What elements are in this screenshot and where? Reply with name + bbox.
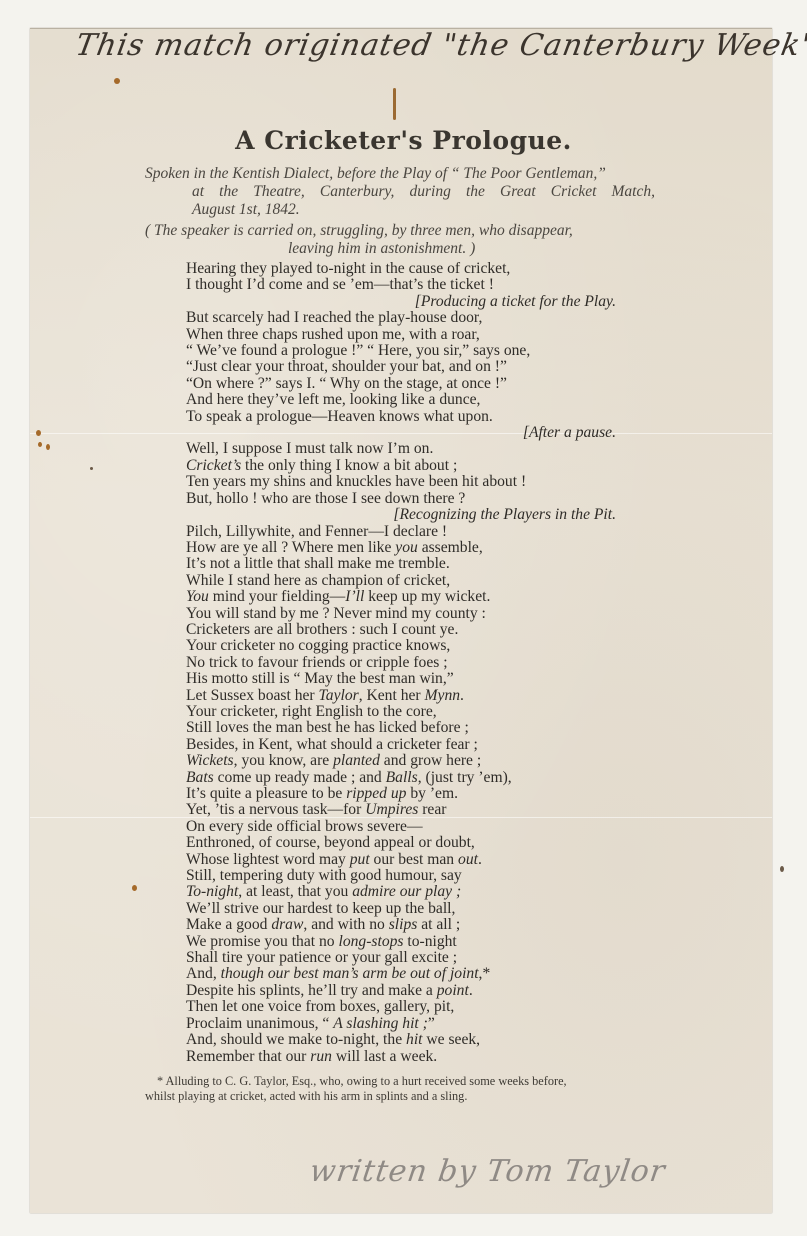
- italic-text: put: [350, 851, 370, 868]
- footnote: * Alluding to C. G. Taylor, Esq., who, o…: [145, 1074, 655, 1104]
- italic-text: point: [437, 982, 469, 999]
- ink-stain: [90, 467, 93, 470]
- handwritten-signature: written by Tom Taylor: [308, 1154, 668, 1189]
- text: Shall tire your patience or your gall ex…: [186, 949, 457, 966]
- opening-stage-direction: ( The speaker is carried on, struggling,…: [145, 222, 655, 258]
- italic-text: slips: [389, 916, 418, 933]
- text: Proclaim unanimous, “: [186, 1015, 333, 1032]
- text: Remember that our: [186, 1048, 310, 1065]
- poem-line: Enthroned, of course, beyond appeal or d…: [186, 835, 616, 851]
- subtitle-line: August 1st, 1842.: [145, 201, 655, 219]
- text: Pilch, Lillywhite, and Fenner—I declare …: [186, 523, 447, 540]
- text: “On where ?” says I. “ Why on the stage,…: [186, 375, 507, 392]
- poem-line: And here they’ve left me, looking like a…: [186, 392, 616, 408]
- poem-line: Hearing they played to-night in the caus…: [186, 261, 616, 277]
- italic-text: admire our play ;: [352, 883, 461, 900]
- text: It’s quite a pleasure to be: [186, 785, 346, 802]
- text: keep up my wicket.: [364, 588, 490, 605]
- poem-line: Pilch, Lillywhite, and Fenner—I declare …: [186, 524, 616, 540]
- text: Let Sussex boast her: [186, 687, 319, 704]
- poem-line: Wickets, you know, are planted and grow …: [186, 753, 616, 769]
- text: Still, tempering duty with good humour, …: [186, 867, 462, 884]
- pencil-mark: [393, 88, 396, 120]
- italic-text: planted: [333, 752, 380, 769]
- handwritten-note: This match originated "the Canterbury We…: [73, 28, 779, 63]
- poem-line: But scarcely had I reached the play-hous…: [186, 310, 616, 326]
- stage-direction-line: leaving him in astonishment. ): [145, 240, 655, 258]
- text: Then let one voice from boxes, gallery, …: [186, 998, 454, 1015]
- italic-text: Taylor: [319, 687, 359, 704]
- poem-line: You mind your fielding—I’ll keep up my w…: [186, 589, 616, 605]
- poem-line: We promise you that no long-stops to-nig…: [186, 934, 616, 950]
- text: No trick to favour friends or cripple fo…: [186, 654, 448, 671]
- poem-line: Whose lightest word may put our best man…: [186, 852, 616, 868]
- poem-line: His motto still is “ May the best man wi…: [186, 671, 616, 687]
- subtitle: Spoken in the Kentish Dialect, before th…: [145, 165, 655, 219]
- italic-text: Mynn: [425, 687, 461, 704]
- poem-line: Cricketers are all brothers : such I cou…: [186, 622, 616, 638]
- poem-line: We’ll strive our hardest to keep up the …: [186, 901, 616, 917]
- italic-text: though our best man’s arm be out of join…: [221, 965, 479, 982]
- text: Besides, in Kent, what should a crickete…: [186, 736, 478, 753]
- poem-line: To-night, at least, that you admire our …: [186, 884, 616, 900]
- text: Yet, ’tis a nervous task—for: [186, 801, 365, 818]
- text: , at least, that you: [238, 883, 352, 900]
- poem-line: Then let one voice from boxes, gallery, …: [186, 999, 616, 1015]
- poem-line: “ We’ve found a prologue !” “ Here, you …: [186, 343, 616, 359]
- poem-line: You will stand by me ? Never mind my cou…: [186, 606, 616, 622]
- ink-stain: [46, 444, 50, 450]
- poem-line: Still loves the man best he has licked b…: [186, 720, 616, 736]
- text: We promise you that no: [186, 933, 339, 950]
- text: To speak a prologue—Heaven knows what up…: [186, 408, 493, 425]
- ink-stain: [780, 866, 784, 872]
- text: come up ready made ; and: [214, 769, 386, 786]
- italic-text: I’ll: [345, 588, 364, 605]
- poem-line: And, should we make to-night, the hit we…: [186, 1032, 616, 1048]
- text: When three chaps rushed upon me, with a …: [186, 326, 480, 343]
- italic-text: hit: [406, 1031, 422, 1048]
- poem-line: To speak a prologue—Heaven knows what up…: [186, 409, 616, 425]
- italic-text: ripped up: [346, 785, 406, 802]
- italic-text: Bats: [186, 769, 214, 786]
- text: Your cricketer no cogging practice knows…: [186, 637, 450, 654]
- text: Enthroned, of course, beyond appeal or d…: [186, 834, 475, 851]
- poem-line: Cricket’s the only thing I know a bit ab…: [186, 458, 616, 474]
- poem-line: Still, tempering duty with good humour, …: [186, 868, 616, 884]
- text: will last a week.: [332, 1048, 437, 1065]
- poem-line: Well, I suppose I must talk now I’m on.: [186, 441, 616, 457]
- italic-text: Cricket’s: [186, 457, 241, 474]
- text: It’s not a little that shall make me tre…: [186, 555, 450, 572]
- text: “ We’ve found a prologue !” “ Here, you …: [186, 342, 530, 359]
- text: Despite his splints, he’ll try and make …: [186, 982, 437, 999]
- poem-line: How are ye all ? Where men like you asse…: [186, 540, 616, 556]
- poem-line: It’s not a little that shall make me tre…: [186, 556, 616, 572]
- text: at all ;: [417, 916, 460, 933]
- text: .: [478, 851, 482, 868]
- poem-line: No trick to favour friends or cripple fo…: [186, 655, 616, 671]
- text: But, hollo ! who are those I see down th…: [186, 490, 465, 507]
- poem-line: Shall tire your patience or your gall ex…: [186, 950, 616, 966]
- italic-text: you: [395, 539, 418, 556]
- italic-text: Balls: [386, 769, 418, 786]
- subtitle-line: Spoken in the Kentish Dialect, before th…: [145, 165, 655, 183]
- text: .: [460, 687, 464, 704]
- poem-line: Proclaim unanimous, “ A slashing hit ;”: [186, 1016, 616, 1032]
- text: But scarcely had I reached the play-hous…: [186, 309, 482, 326]
- text: mind your fielding—: [209, 588, 345, 605]
- poem-line: But, hollo ! who are those I see down th…: [186, 491, 616, 507]
- stage-direction: [Recognizing the Players in the Pit.: [186, 507, 616, 523]
- poem-line: “Just clear your throat, shoulder your b…: [186, 359, 616, 375]
- text: [After a pause.: [523, 424, 616, 441]
- stage-direction-line: ( The speaker is carried on, struggling,…: [145, 222, 655, 240]
- italic-text: To-night: [186, 883, 238, 900]
- stage-direction: [After a pause.: [186, 425, 616, 441]
- text: We’ll strive our hardest to keep up the …: [186, 900, 455, 917]
- text: ,*: [479, 965, 491, 982]
- text: And,: [186, 965, 221, 982]
- text: , Kent her: [359, 687, 425, 704]
- text: we seek,: [422, 1031, 480, 1048]
- text: How are ye all ? Where men like: [186, 539, 395, 556]
- text: Make a good: [186, 916, 271, 933]
- text: While I stand here as champion of cricke…: [186, 572, 450, 589]
- text: , you know, are: [234, 752, 333, 769]
- poem-line: While I stand here as champion of cricke…: [186, 573, 616, 589]
- text: And, should we make to-night, the: [186, 1031, 406, 1048]
- text: ”: [428, 1015, 435, 1032]
- text: the only thing I know a bit about ;: [241, 457, 457, 474]
- text: our best man: [370, 851, 458, 868]
- text: His motto still is “ May the best man wi…: [186, 670, 454, 687]
- text: rear: [418, 801, 446, 818]
- text: On every side official brows severe—: [186, 818, 423, 835]
- poem-line: When three chaps rushed upon me, with a …: [186, 327, 616, 343]
- text: And here they’ve left me, looking like a…: [186, 391, 480, 408]
- text: to-night: [403, 933, 456, 950]
- poem-line: It’s quite a pleasure to be ripped up by…: [186, 786, 616, 802]
- text: assemble,: [418, 539, 483, 556]
- poem-line: Your cricketer, right English to the cor…: [186, 704, 616, 720]
- ink-stain: [114, 78, 120, 84]
- stage-direction: [Producing a ticket for the Play.: [186, 294, 616, 310]
- page-title: A Cricketer's Prologue.: [0, 126, 807, 155]
- text: Your cricketer, right English to the cor…: [186, 703, 437, 720]
- footnote-line: * Alluding to C. G. Taylor, Esq., who, o…: [145, 1074, 655, 1089]
- text: [Recognizing the Players in the Pit.: [393, 506, 616, 523]
- poem-body: Hearing they played to-night in the caus…: [186, 261, 616, 1065]
- italic-text: You: [186, 588, 209, 605]
- text: [Producing a ticket for the Play.: [415, 293, 616, 310]
- poem-line: Yet, ’tis a nervous task—for Umpires rea…: [186, 802, 616, 818]
- footnote-line: whilst playing at cricket, acted with hi…: [145, 1089, 655, 1104]
- text: and grow here ;: [380, 752, 481, 769]
- ink-stain: [36, 430, 41, 436]
- ink-stain: [38, 442, 42, 447]
- italic-text: A slashing hit ;: [333, 1015, 428, 1032]
- text: Cricketers are all brothers : such I cou…: [186, 621, 458, 638]
- text: Whose lightest word may: [186, 851, 350, 868]
- text: I thought I’d come and se ’em—that’s the…: [186, 276, 494, 293]
- text: You will stand by me ? Never mind my cou…: [186, 605, 486, 622]
- text: , and with no: [303, 916, 388, 933]
- poem-line: Besides, in Kent, what should a crickete…: [186, 737, 616, 753]
- poem-line: Bats come up ready made ; and Balls, (ju…: [186, 770, 616, 786]
- text: Ten years my shins and knuckles have bee…: [186, 473, 526, 490]
- text: “Just clear your throat, shoulder your b…: [186, 358, 507, 375]
- text: .: [469, 982, 473, 999]
- text: , (just try ’em),: [418, 769, 512, 786]
- text: Hearing they played to-night in the caus…: [186, 260, 510, 277]
- poem-line: Make a good draw, and with no slips at a…: [186, 917, 616, 933]
- poem-line: Let Sussex boast her Taylor, Kent her My…: [186, 688, 616, 704]
- poem-line: On every side official brows severe—: [186, 819, 616, 835]
- poem-line: Ten years my shins and knuckles have bee…: [186, 474, 616, 490]
- text: by ’em.: [406, 785, 458, 802]
- poem-line: Despite his splints, he’ll try and make …: [186, 983, 616, 999]
- italic-text: run: [310, 1048, 332, 1065]
- poem-line: “On where ?” says I. “ Why on the stage,…: [186, 376, 616, 392]
- italic-text: Umpires: [365, 801, 418, 818]
- italic-text: draw: [271, 916, 303, 933]
- italic-text: long-stops: [339, 933, 404, 950]
- poem-line: Remember that our run will last a week.: [186, 1049, 616, 1065]
- poem-line: Your cricketer no cogging practice knows…: [186, 638, 616, 654]
- ink-stain: [132, 885, 137, 891]
- poem-line: And, though our best man’s arm be out of…: [186, 966, 616, 982]
- italic-text: out: [458, 851, 478, 868]
- poem-line: I thought I’d come and se ’em—that’s the…: [186, 277, 616, 293]
- text: Well, I suppose I must talk now I’m on.: [186, 440, 433, 457]
- italic-text: Wickets: [186, 752, 234, 769]
- text: Still loves the man best he has licked b…: [186, 719, 469, 736]
- subtitle-line: at the Theatre, Canterbury, during the G…: [145, 183, 655, 201]
